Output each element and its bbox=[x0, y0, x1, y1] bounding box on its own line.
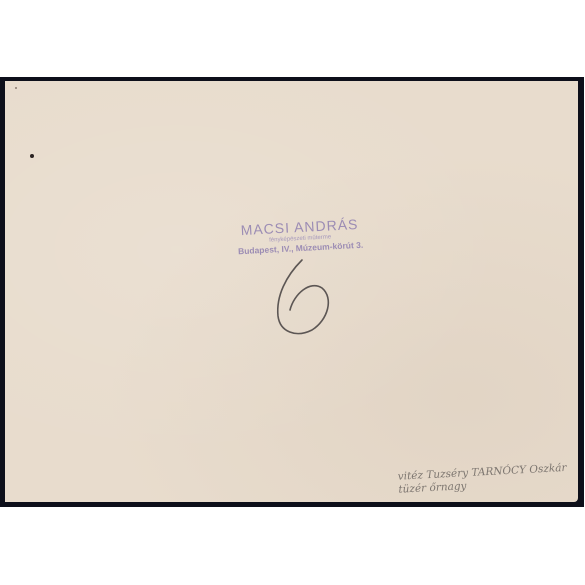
speck-mark bbox=[30, 154, 34, 158]
handwritten-numeral-six bbox=[268, 258, 340, 338]
speck-mark bbox=[15, 87, 17, 89]
